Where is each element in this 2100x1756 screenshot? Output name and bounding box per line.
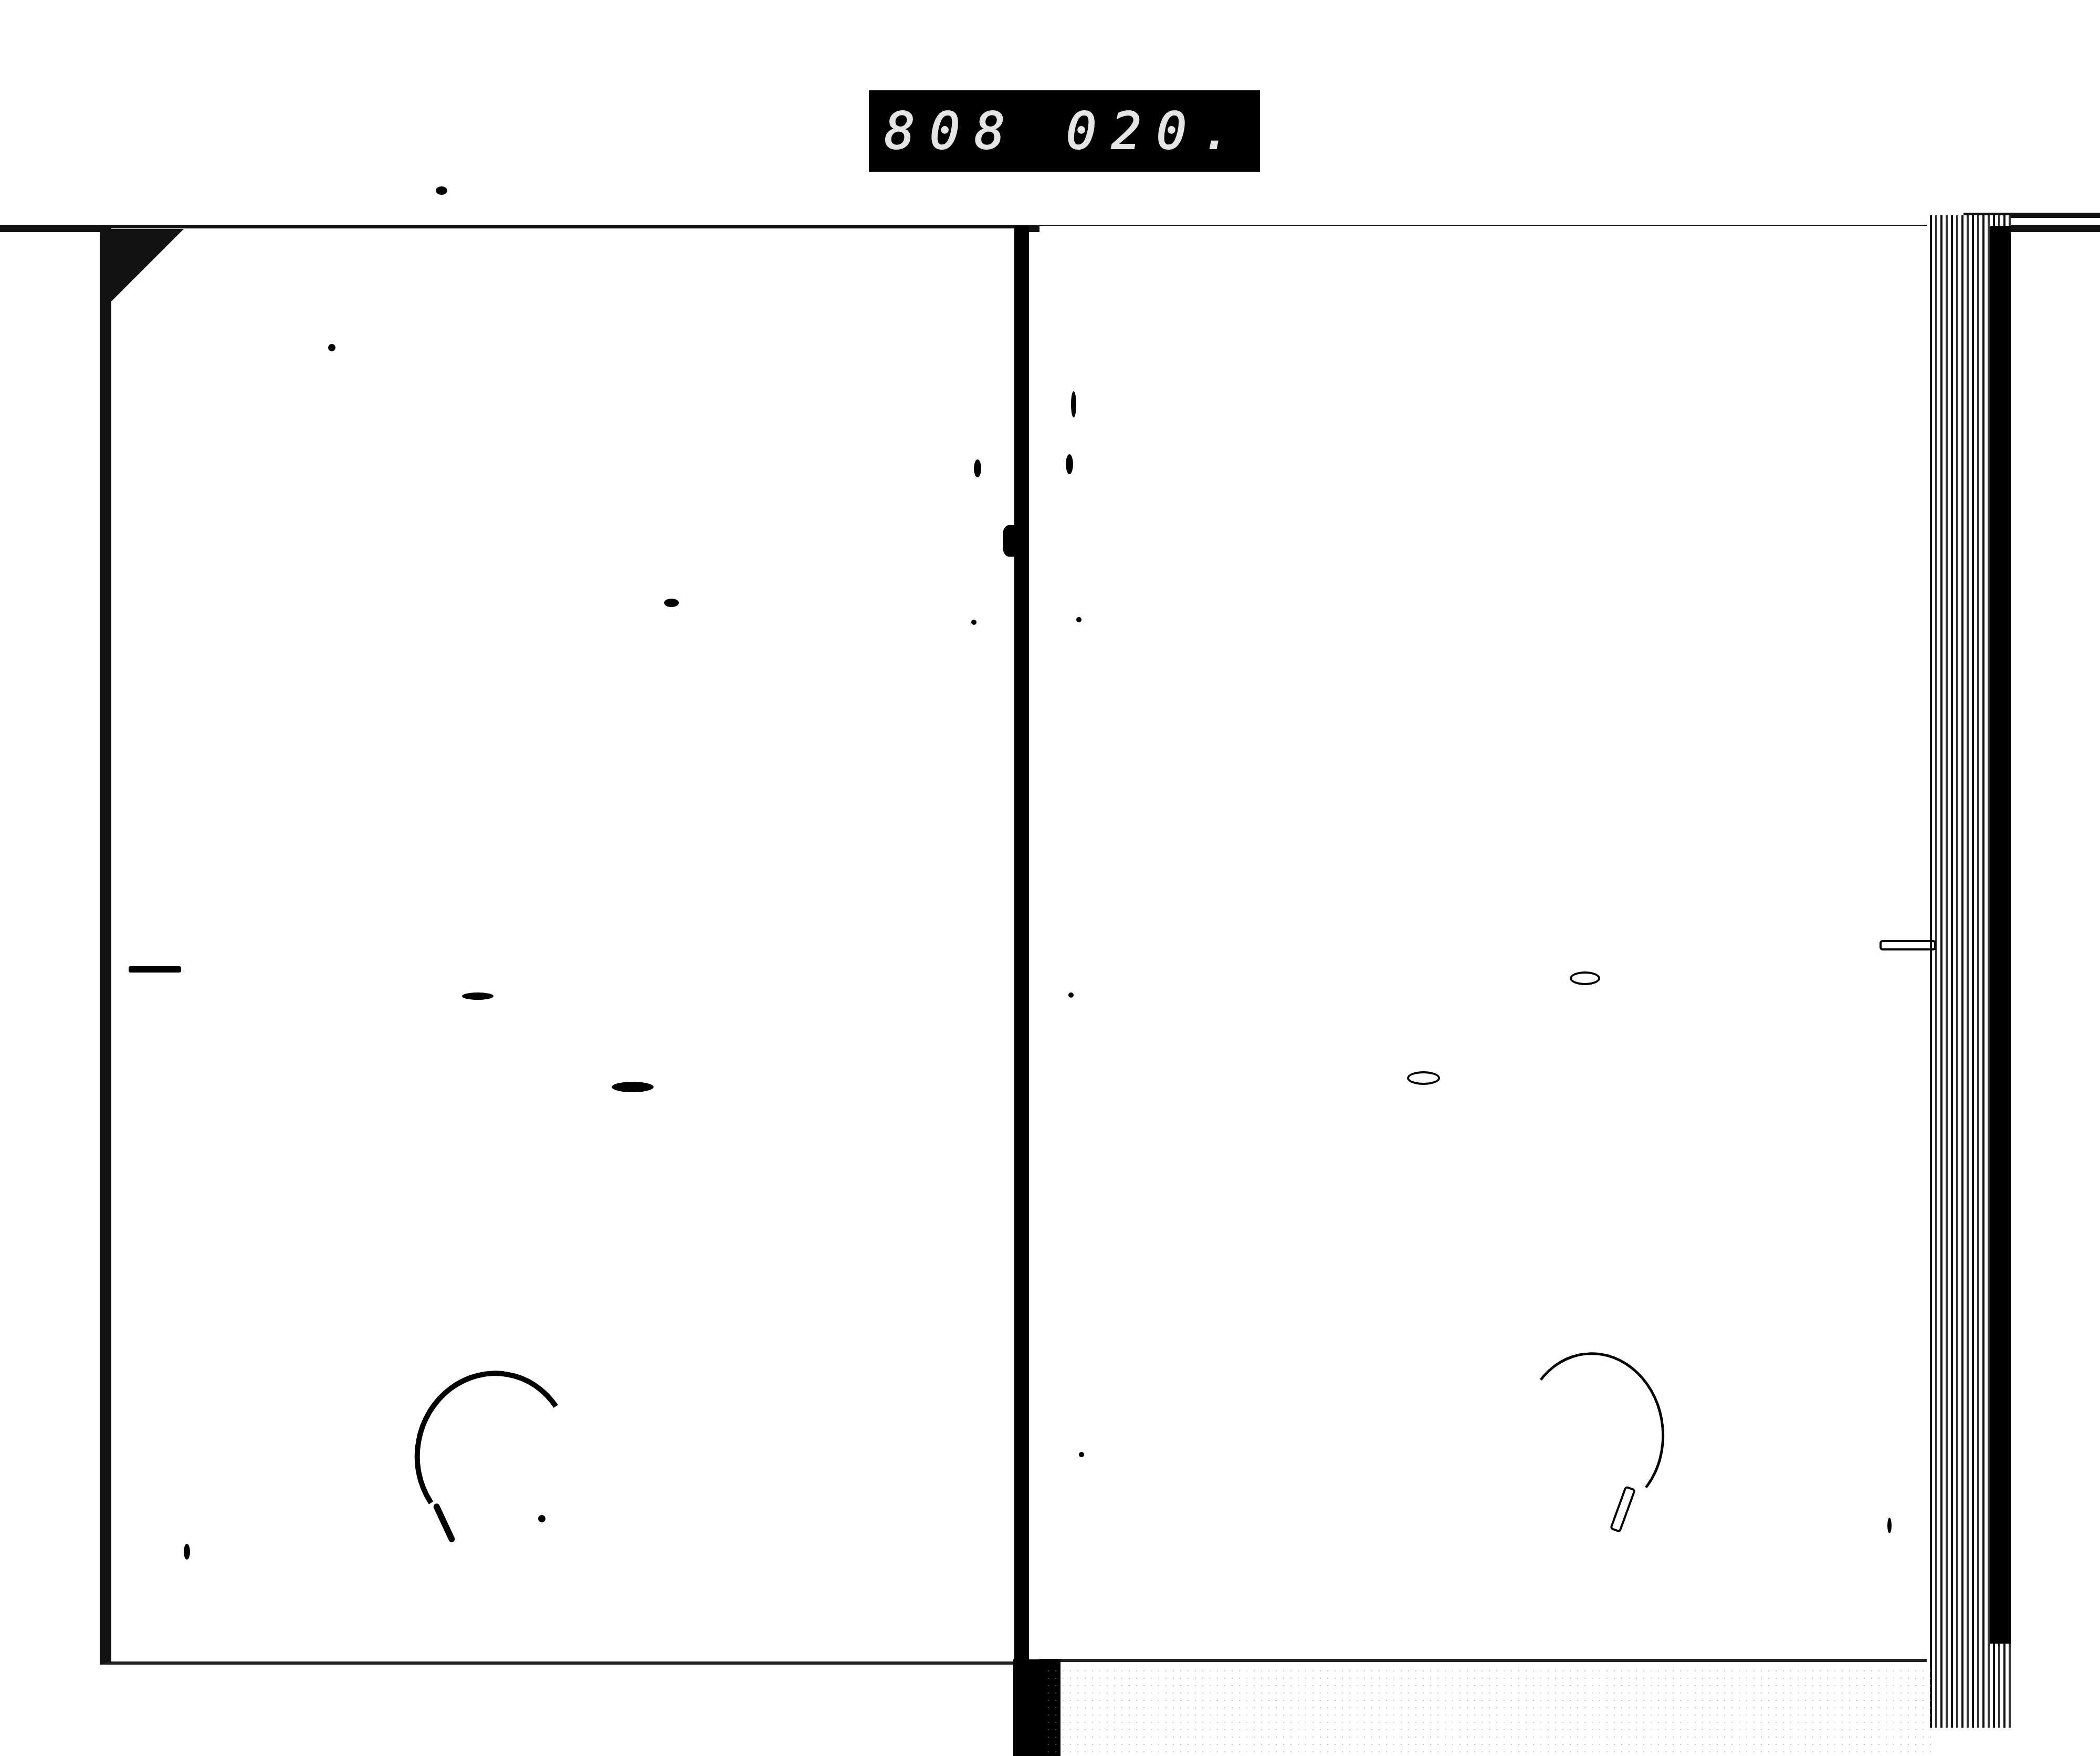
id-label-right-number: 020. — [1066, 102, 1246, 161]
speck — [1570, 971, 1600, 985]
speck — [436, 186, 447, 195]
scanned-image: 808 020. — [0, 0, 2100, 1756]
speck — [462, 992, 493, 1000]
speck — [184, 1544, 190, 1560]
speck — [1076, 617, 1081, 622]
speck — [974, 459, 981, 477]
right-page — [1039, 226, 1974, 1662]
speck — [1071, 391, 1076, 417]
speck — [664, 599, 679, 607]
speck — [1003, 525, 1024, 557]
speck — [971, 620, 976, 625]
page-edge-shadow — [1990, 226, 2011, 1644]
id-label-left-number: 808 — [885, 102, 1020, 161]
speck — [1079, 1452, 1084, 1457]
book-spine — [1014, 226, 1029, 1749]
speck — [1068, 992, 1074, 998]
id-label: 808 020. — [869, 90, 1260, 172]
scan-noise — [1045, 1667, 1937, 1756]
speck — [129, 966, 181, 973]
speck — [1407, 1071, 1440, 1085]
page-corner-shadow — [100, 229, 184, 313]
speck — [1879, 940, 1936, 950]
speck — [328, 344, 335, 351]
speck — [612, 1082, 654, 1092]
speck — [1066, 454, 1073, 474]
open-book — [100, 226, 1979, 1665]
speck — [1887, 1518, 1892, 1533]
